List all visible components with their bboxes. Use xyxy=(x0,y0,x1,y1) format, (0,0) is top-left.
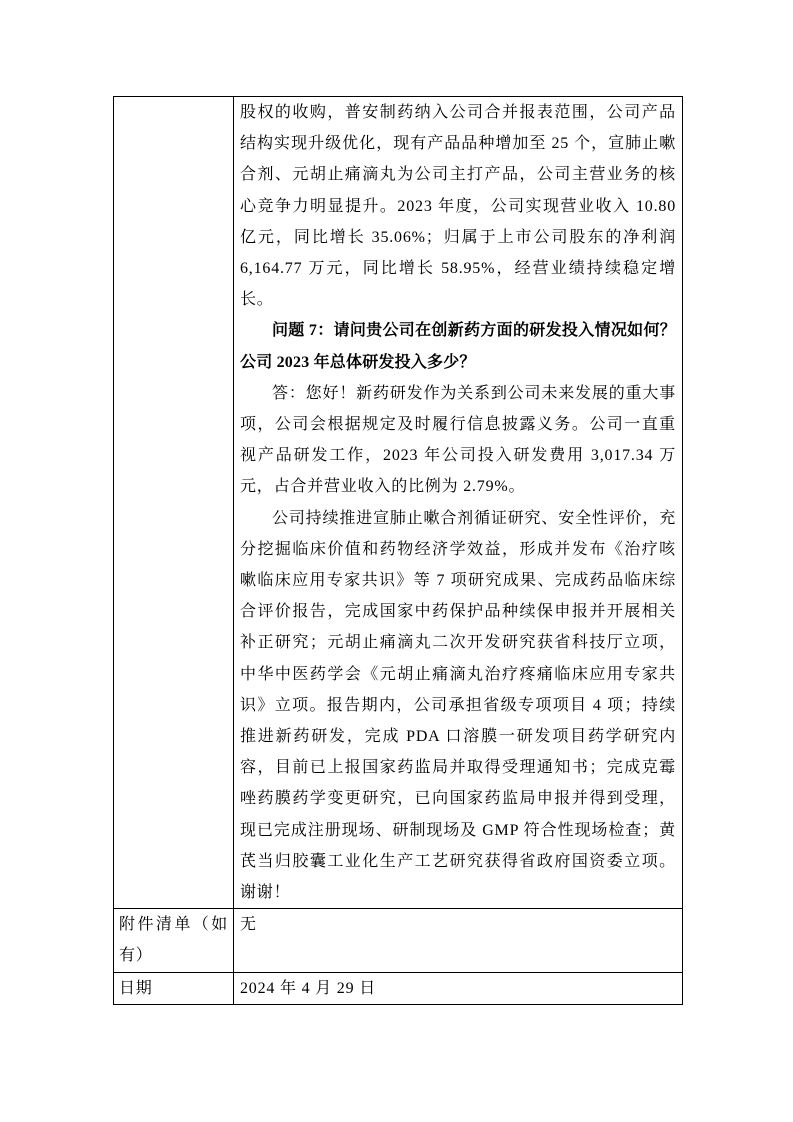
body-paragraph: 答：您好！新药研发作为关系到公司未来发展的重大事项，公司会根据规定及时履行信息披… xyxy=(240,378,676,503)
date-row: 日期 2024 年 4 月 29 日 xyxy=(114,972,683,1004)
attachment-row: 附件清单（如有） 无 xyxy=(114,909,683,972)
document-page: 股权的收购，普安制药纳入公司合并报表范围，公司产品结构实现升级优化，现有产品品种… xyxy=(0,0,793,1122)
attachment-row-value: 无 xyxy=(234,909,683,972)
body-paragraph: 公司持续推进宣肺止嗽合剂循证研究、安全性评价，充分挖掘临床价值和药物经济学效益，… xyxy=(240,503,676,909)
question-paragraph: 问题 7：请问贵公司在创新药方面的研发投入情况如何？公司 2023 年总体研发投… xyxy=(240,315,676,377)
date-row-value: 2024 年 4 月 29 日 xyxy=(234,972,683,1004)
date-row-label: 日期 xyxy=(114,972,234,1004)
body-paragraph: 股权的收购，普安制药纳入公司合并报表范围，公司产品结构实现升级优化，现有产品品种… xyxy=(240,97,676,315)
record-table: 股权的收购，普安制药纳入公司合并报表范围，公司产品结构实现升级优化，现有产品品种… xyxy=(113,96,683,1005)
attachment-row-label: 附件清单（如有） xyxy=(114,909,234,972)
main-content-cell: 股权的收购，普安制药纳入公司合并报表范围，公司产品结构实现升级优化，现有产品品种… xyxy=(234,97,683,909)
main-content-row: 股权的收购，普安制药纳入公司合并报表范围，公司产品结构实现升级优化，现有产品品种… xyxy=(114,97,683,909)
main-row-label-cell xyxy=(114,97,234,909)
